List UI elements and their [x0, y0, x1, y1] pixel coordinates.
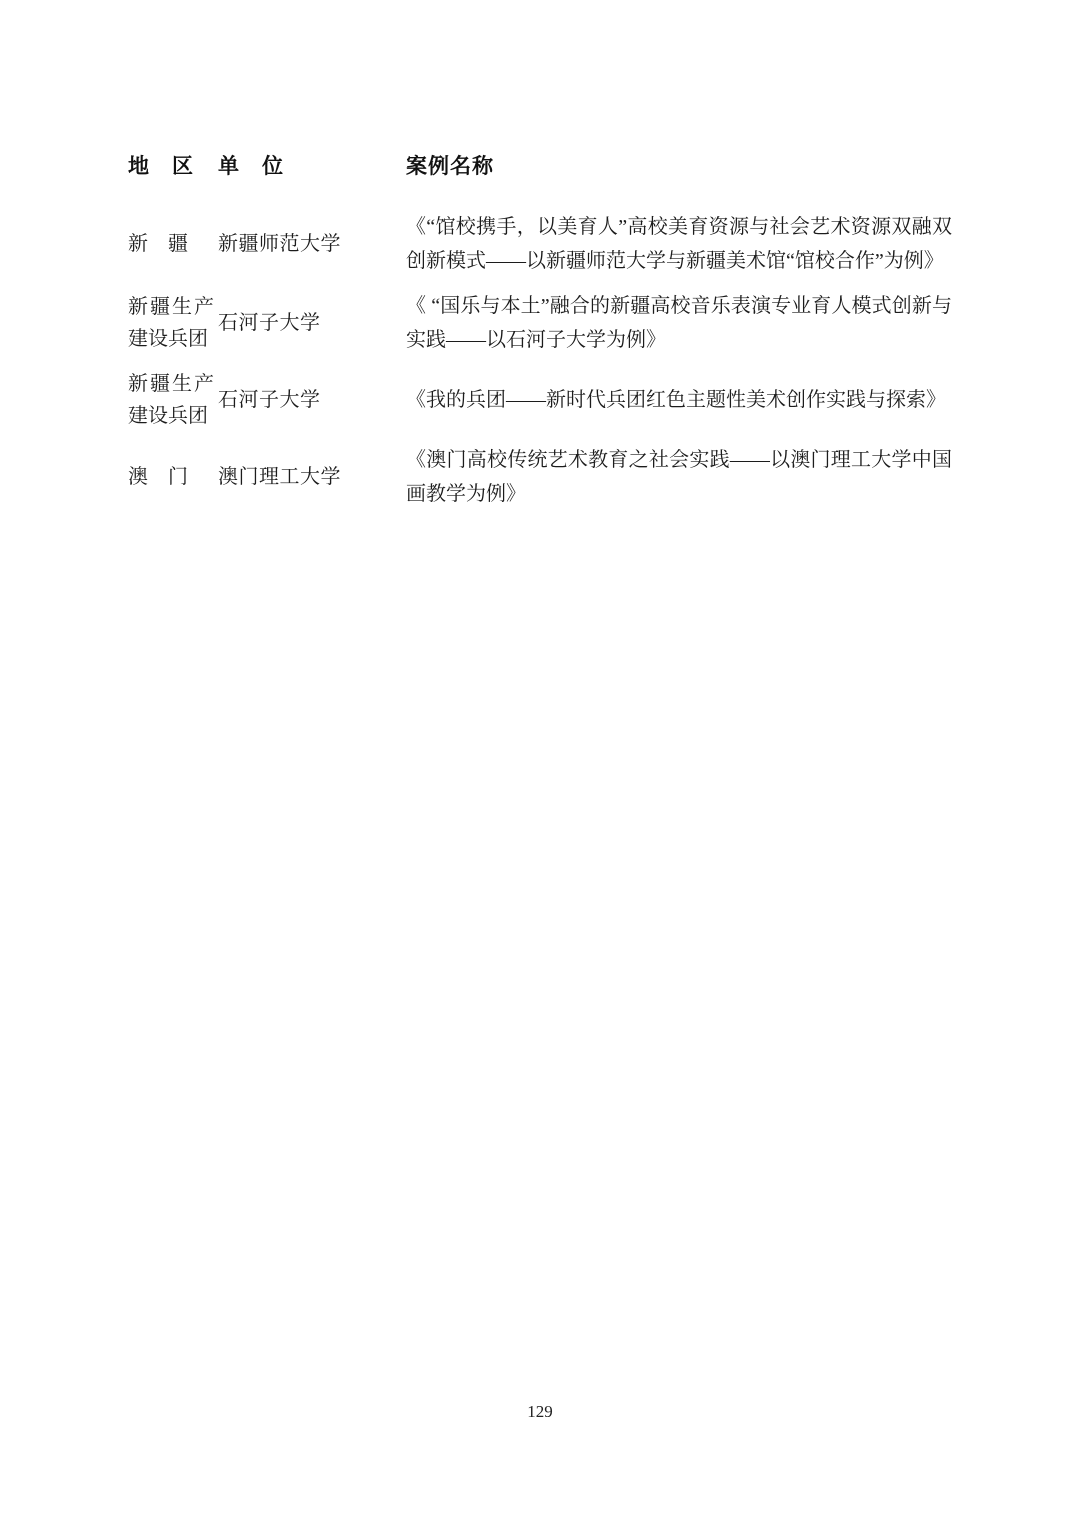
unit-cell: 石河子大学	[218, 384, 406, 416]
case-name-column-header: 案例名称	[406, 150, 952, 184]
case-title-cell: 《“馆校携手，以美育人”高校美育资源与社会艺术资源双融双创新模式——以新疆师范大…	[406, 210, 952, 278]
region-column-header: 地 区	[128, 150, 218, 184]
table-row: 澳 门 澳门理工大学 《澳门高校传统艺术教育之社会实践——以澳门理工大学中国画教…	[128, 443, 952, 511]
case-title-cell: 《 “国乐与本土”融合的新疆高校音乐表演专业育人模式创新与实践——以石河子大学为…	[406, 289, 952, 357]
page-number: 129	[0, 1402, 1080, 1422]
table-row: 新疆生产建设兵团 石河子大学 《我的兵团——新时代兵团红色主题性美术创作实践与探…	[128, 368, 952, 432]
case-table: 地 区 单 位 案例名称 新 疆 新疆师范大学 《“馆校携手，以美育人”高校美育…	[128, 150, 952, 511]
case-title-cell: 《澳门高校传统艺术教育之社会实践——以澳门理工大学中国画教学为例》	[406, 443, 952, 511]
table-row: 新疆生产建设兵团 石河子大学 《 “国乐与本土”融合的新疆高校音乐表演专业育人模…	[128, 289, 952, 357]
table-header-row: 地 区 单 位 案例名称	[128, 150, 952, 184]
unit-cell: 石河子大学	[218, 307, 406, 339]
table-row: 新 疆 新疆师范大学 《“馆校携手，以美育人”高校美育资源与社会艺术资源双融双创…	[128, 210, 952, 278]
region-cell: 新疆生产建设兵团	[128, 368, 214, 432]
document-page: 地 区 单 位 案例名称 新 疆 新疆师范大学 《“馆校携手，以美育人”高校美育…	[0, 0, 1080, 1528]
region-cell: 新疆生产建设兵团	[128, 291, 214, 355]
unit-cell: 澳门理工大学	[218, 461, 406, 493]
region-cell: 新 疆	[128, 228, 214, 260]
region-cell: 澳 门	[128, 461, 214, 493]
case-title-cell: 《我的兵团——新时代兵团红色主题性美术创作实践与探索》	[406, 383, 952, 417]
unit-column-header: 单 位	[218, 150, 406, 184]
unit-cell: 新疆师范大学	[218, 228, 406, 260]
